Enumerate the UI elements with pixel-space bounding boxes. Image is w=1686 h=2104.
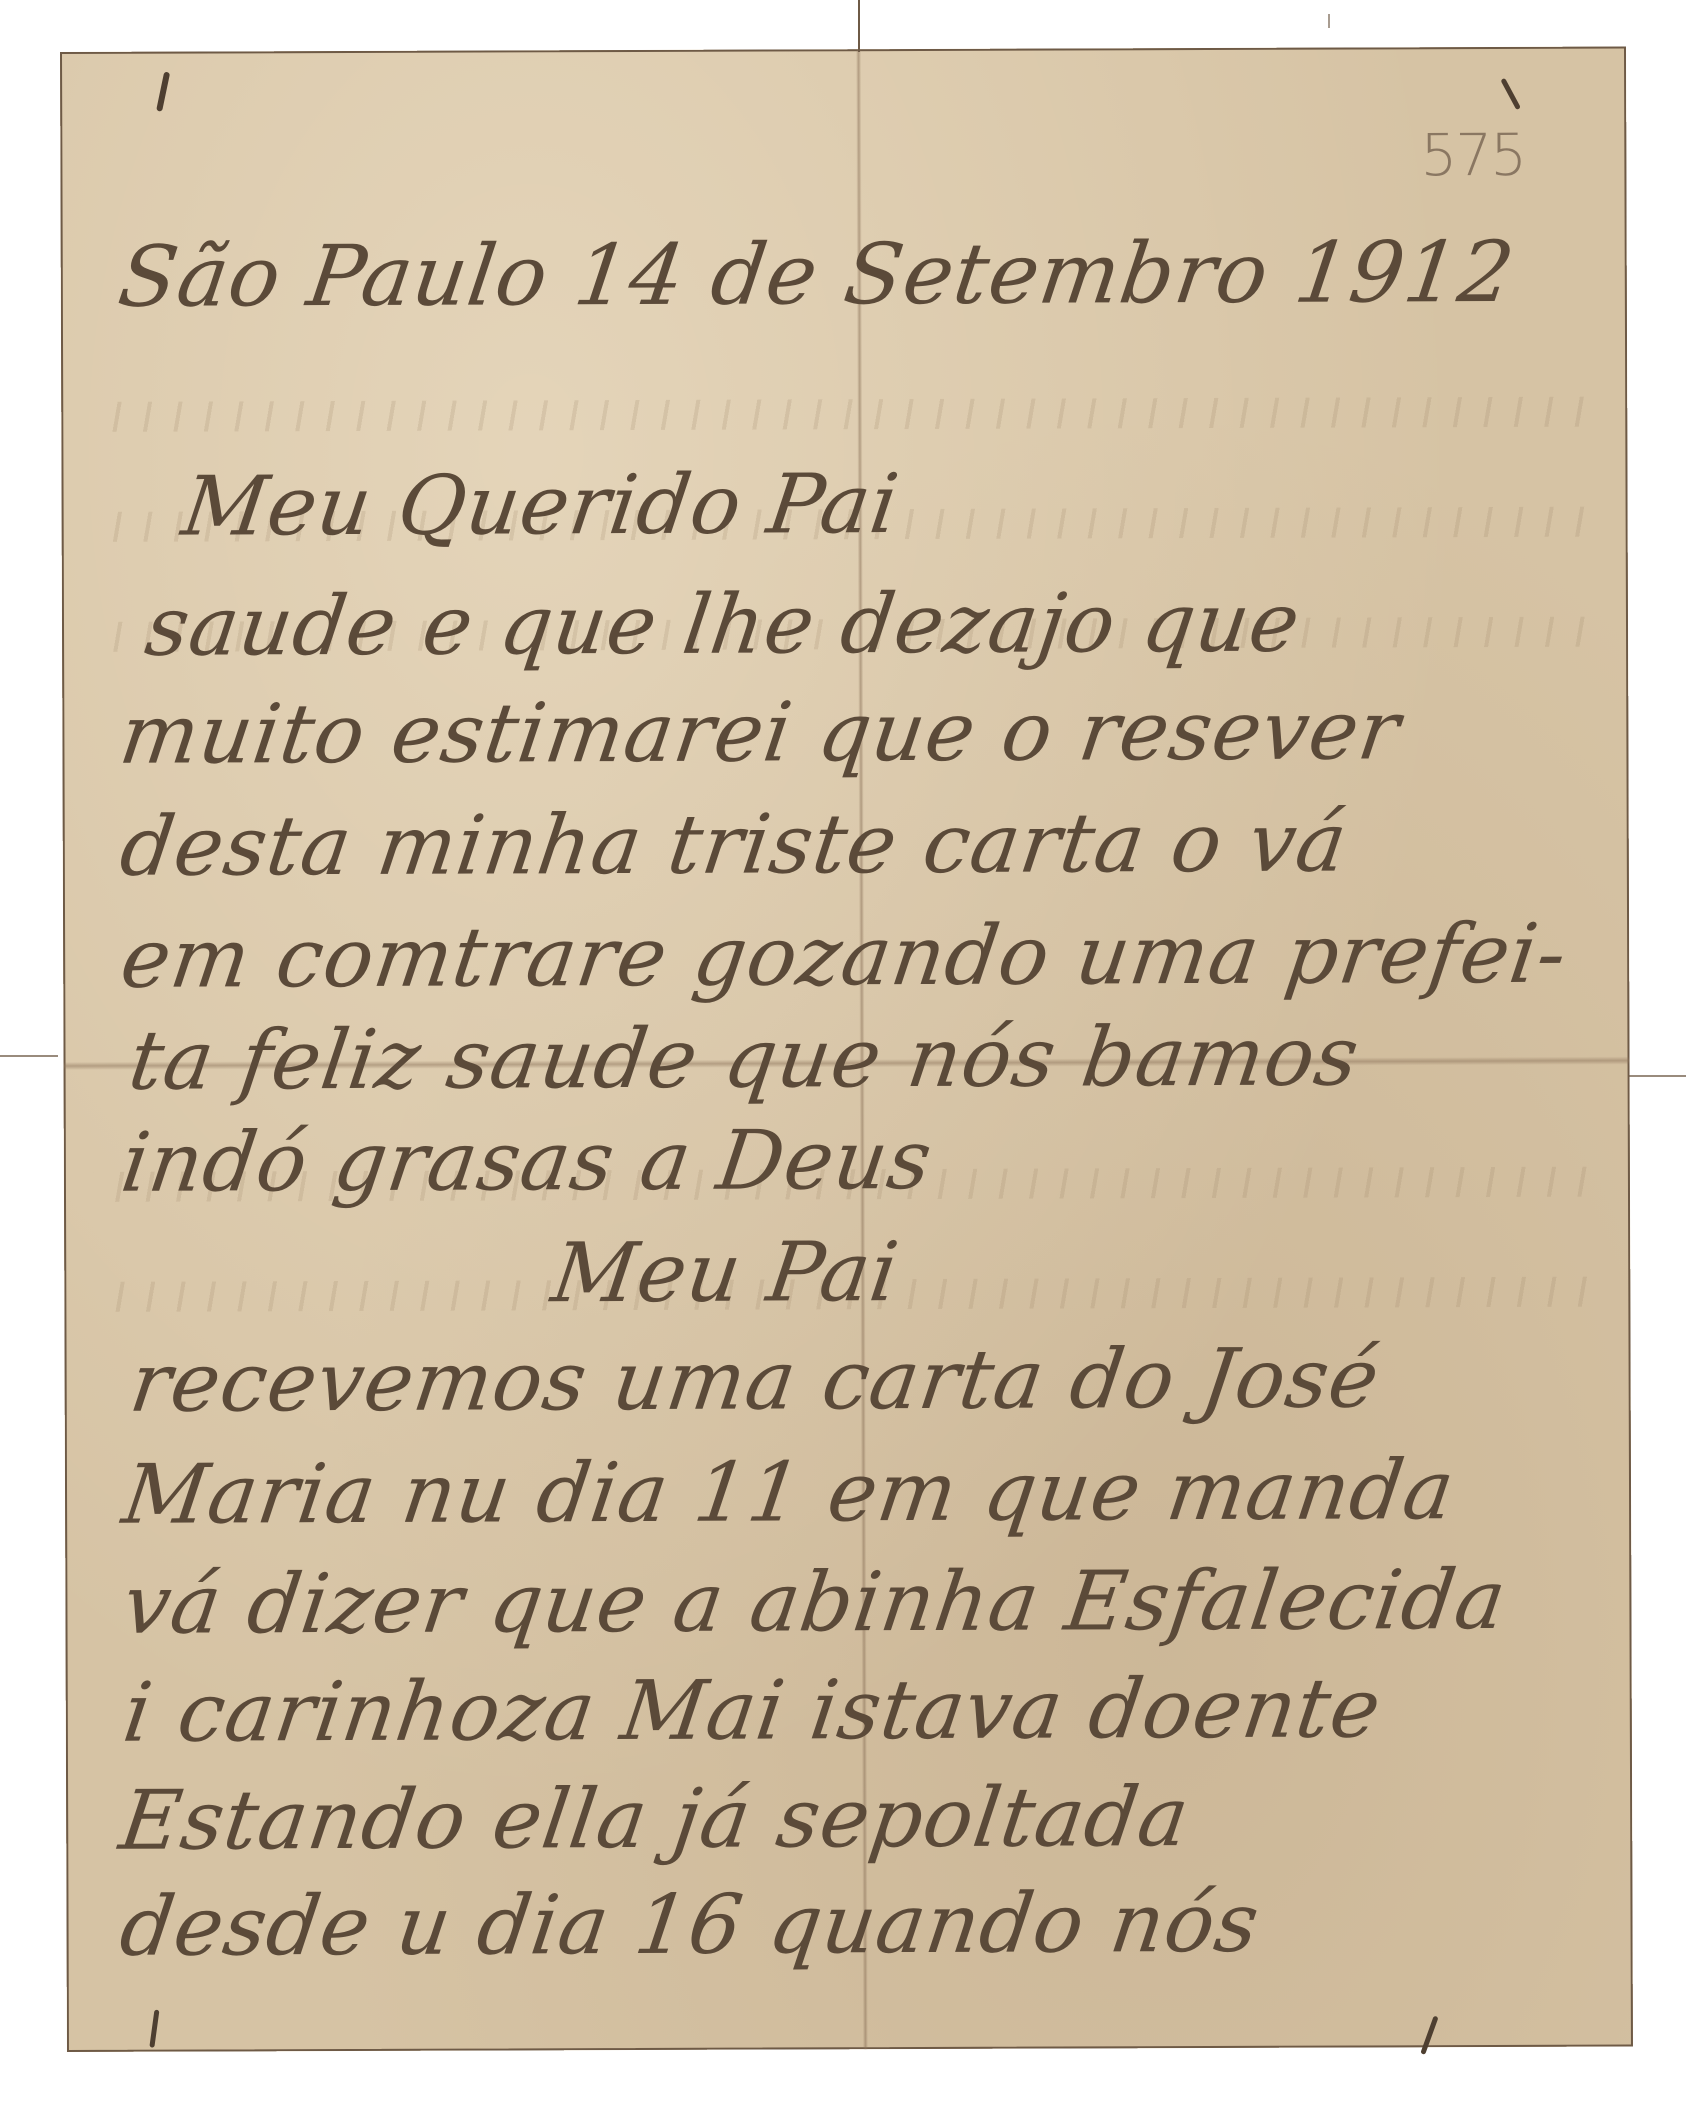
letter-line: recevemos uma carta do José [125, 1331, 1386, 1430]
pin-hole-mark [149, 2010, 159, 2048]
letter-line: em comtrare gozando uma prefei- [115, 907, 1572, 1007]
letter-line: desde u dia 16 quando nós [115, 1876, 1265, 1975]
letter-line: indó grasas a Deus [116, 1113, 938, 1211]
pin-hole-mark [156, 71, 170, 111]
bleed-through-ink [91, 397, 1597, 432]
letter-line: Maria nu dia 11 em que manda [117, 1443, 1460, 1543]
scan-crop-mark [0, 1055, 58, 1057]
letter-line: vá dizer que a abinha Esfalecida [118, 1553, 1512, 1653]
salutation: Meu Querido Pai [177, 457, 905, 555]
letter-line: desta minha triste carta o vá [115, 795, 1353, 894]
letter-line: Estando ella já sepoltada [114, 1770, 1195, 1869]
letter-page: 575 São Paulo 14 de Setembro 1912 Meu Qu… [60, 47, 1633, 2052]
dateline: São Paulo 14 de Setembro 1912 [113, 223, 1521, 326]
scan-crop-mark [1628, 1075, 1686, 1077]
letter-line: i carinhoza Mai istava doente [118, 1661, 1387, 1760]
letter-line: saude e que lhe dezajo que [140, 576, 1306, 675]
sub-salutation: Meu Pai [546, 1225, 904, 1321]
pin-hole-mark [1500, 78, 1520, 110]
letter-line: ta feliz saude que nós bamos [124, 1009, 1365, 1108]
scan-crop-mark [1328, 14, 1330, 28]
pin-hole-mark [1420, 2016, 1438, 2055]
letter-line: muito estimarei que o resever [115, 683, 1406, 783]
archive-number: 575 [1420, 121, 1525, 189]
scan-crop-mark [858, 0, 860, 52]
